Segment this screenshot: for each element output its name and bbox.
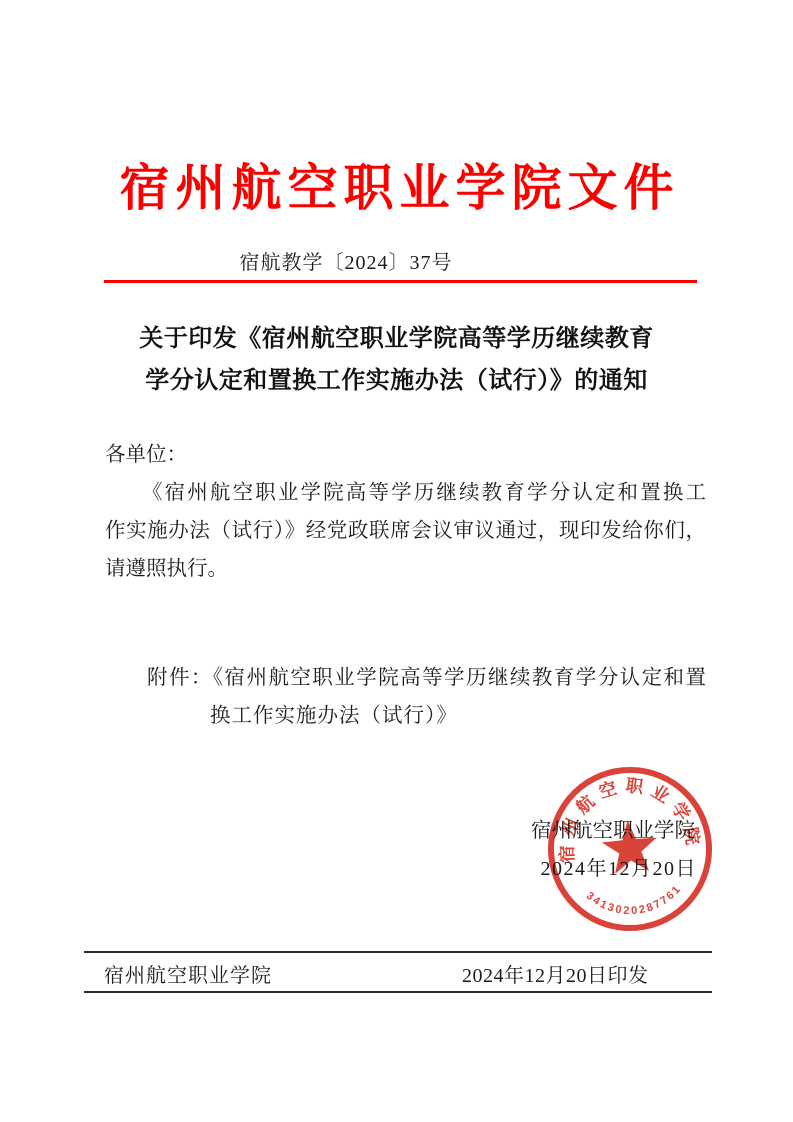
footer-organization: 宿州航空职业学院 (104, 959, 272, 988)
attachment-line2: 换工作实施办法（试行）》 (210, 704, 458, 730)
seal-graphic: 宿州航空职业学院 3413020287761 (522, 741, 739, 958)
body-paragraph-line2: 作实施办法（试行）》经党政联席会议审议通过，现印发给你们， (105, 519, 706, 545)
body-paragraph-line3: 请遵照执行。 (105, 557, 228, 583)
footer-separator-bottom (84, 991, 712, 993)
notice-title-line2: 学分认定和置换工作实施办法（试行）》的通知 (0, 360, 793, 402)
salutation: 各单位： (105, 443, 187, 469)
official-document-page: 宿州航空职业学院文件 宿航教学〔2024〕37号 关于印发《宿州航空职业学院高等… (0, 0, 793, 1122)
masthead-title: 宿州航空职业学院文件 (0, 157, 793, 220)
body-paragraph-line1: 《宿州航空职业学院高等学历继续教育学分认定和置换工 (142, 481, 706, 507)
footer-separator-top (84, 951, 712, 953)
notice-title: 关于印发《宿州航空职业学院高等学历继续教育 学分认定和置换工作实施办法（试行）》… (0, 318, 793, 402)
document-number: 宿航教学〔2024〕37号 (0, 251, 692, 275)
footer-print-date: 2024年12月20日印发 (462, 959, 649, 988)
notice-title-line1: 关于印发《宿州航空职业学院高等学历继续教育 (0, 318, 793, 360)
official-seal: 宿州航空职业学院 3413020287761 (522, 741, 739, 958)
seal-star-icon (600, 818, 660, 875)
attachment-line1: 附件：《宿州航空职业学院高等学历继续教育学分认定和置 (147, 666, 706, 692)
red-separator-line (104, 280, 697, 283)
